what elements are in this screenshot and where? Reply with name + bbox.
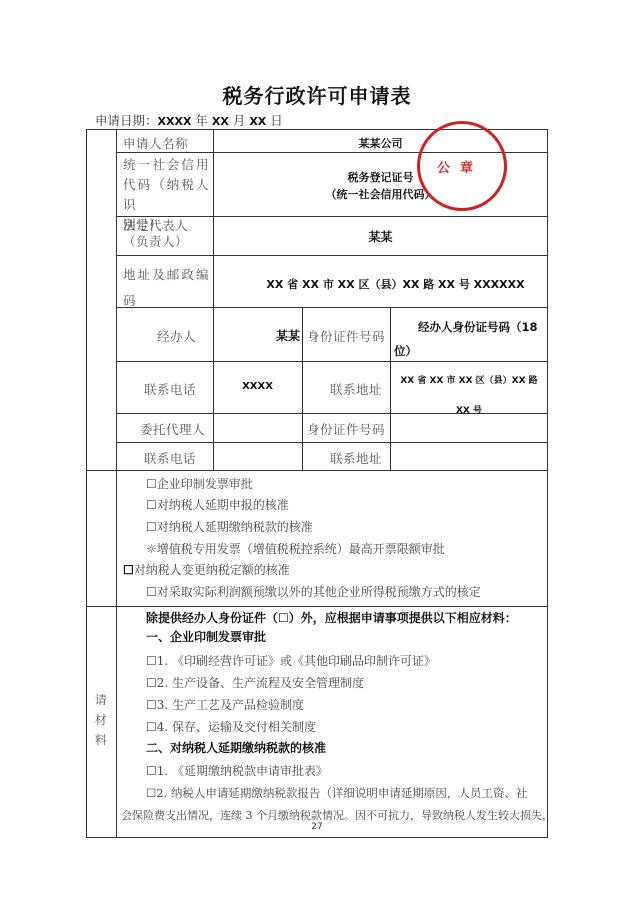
section1-item[interactable]: ☐1. 《印刷经营许可证》或《其他印刷品印制许可证》 xyxy=(146,652,436,669)
section1-item[interactable]: ☐4. 保存、运输及交付相关制度 xyxy=(146,718,316,735)
item-label: 企业印制发票审批 xyxy=(157,477,253,491)
date-year[interactable]: XXXX xyxy=(158,115,192,128)
checkbox-icon[interactable]: ☐ xyxy=(146,498,157,512)
materials-intro: 除提供经办人身份证件（☐）外，应根据申请事项提供以下相应材料： xyxy=(146,609,517,626)
divider xyxy=(86,470,548,471)
sun-icon[interactable]: ☼ xyxy=(146,542,157,556)
checkbox-icon[interactable]: ☐ xyxy=(146,477,157,491)
handler-id-value-line: 位） xyxy=(394,339,548,363)
side-label-char: 料 xyxy=(86,730,116,750)
section1-item[interactable]: ☐3. 生产工艺及产品检验制度 xyxy=(146,696,304,713)
handler-phone-value[interactable]: XXXX xyxy=(213,381,302,392)
item-label: 对纳税人延期申报的核准 xyxy=(157,498,289,512)
materials-side-label: 请 材 料 xyxy=(86,690,116,750)
checkbox-icon[interactable]: ☐ xyxy=(123,563,134,577)
agent-phone-label: 联系电话 xyxy=(116,449,196,467)
divider xyxy=(116,129,117,838)
agent-id-value[interactable] xyxy=(390,413,548,442)
year-unit: 年 xyxy=(191,113,211,128)
agent-label: 委托代理人 xyxy=(116,420,205,438)
item-label: 对纳税人变更纳税定额的核准 xyxy=(134,563,290,577)
handler-label: 经办人 xyxy=(116,327,196,345)
agent-phone-value[interactable] xyxy=(213,442,302,470)
section2-title: 二、对纳税人延期缴纳税款的核准 xyxy=(146,739,326,756)
credit-code-label-line: 代码（纳税人识 xyxy=(123,175,209,215)
item-label: 对纳税人延期缴纳税款的核准 xyxy=(157,520,313,534)
date-label: 申请日期： xyxy=(95,113,158,128)
application-date: 申请日期：XXXX 年 XX 月 XX 日 xyxy=(95,111,283,129)
legal-rep-label-line: 法定代表人 xyxy=(123,218,188,234)
divider xyxy=(116,255,548,256)
date-month[interactable]: XX xyxy=(212,115,229,128)
handler-id-value-line: 经办人身份证号码（18 xyxy=(394,315,548,339)
official-seal-text: 公章 xyxy=(437,157,483,176)
agent-id-label: 身份证件号码 xyxy=(302,420,390,438)
agent-address-value[interactable] xyxy=(390,442,548,470)
legal-rep-label-line: （负责人） xyxy=(123,234,188,250)
item-checkbox[interactable]: ☐对纳税人延期申报的核准 xyxy=(146,496,289,513)
agent-value[interactable] xyxy=(213,413,302,442)
section2-item[interactable]: ☐2. 纳税人申请延期缴纳税款报告（详细说明申请延期原因，人员工资、社 xyxy=(146,785,527,801)
side-label-char: 请 xyxy=(86,690,116,710)
applicant-name-label: 申请人名称 xyxy=(123,134,188,152)
address-value[interactable]: XX 省 XX 市 XX 区（县）XX 路 XX 号 XXXXXX xyxy=(213,276,578,292)
item-checkbox[interactable]: ☐对纳税人延期缴纳税款的核准 xyxy=(146,518,313,535)
section1-item[interactable]: ☐2. 生产设备、生产流程及安全管理制度 xyxy=(146,674,364,691)
item-checkbox[interactable]: ☐对纳税人变更纳税定额的核准 xyxy=(123,561,290,578)
handler-id-value[interactable]: 经办人身份证号码（18 位） xyxy=(394,315,548,363)
month-unit: 月 xyxy=(229,113,249,128)
address-label-line: 地址及邮政编 xyxy=(123,262,209,288)
item-checkbox[interactable]: ☼增值税专用发票（增值税税控系统）最高开票限额审批 xyxy=(146,540,445,557)
side-label-char: 材 xyxy=(86,710,116,730)
credit-code-label-line: 统一社会信用 xyxy=(123,155,209,175)
date-day[interactable]: XX xyxy=(249,115,266,128)
handler-phone-label: 联系电话 xyxy=(116,380,196,398)
section1-title: 一、企业印制发票审批 xyxy=(146,628,266,645)
agent-address-label: 联系地址 xyxy=(302,449,382,467)
legal-rep-label: 法定代表人 （负责人） xyxy=(123,218,188,250)
divider xyxy=(86,606,548,607)
checkbox-icon[interactable]: ☐ xyxy=(146,585,157,599)
handler-value[interactable]: 某某 xyxy=(213,327,302,344)
handler-address-value-line: XX 省 XX 市 XX 区（县）XX 路 xyxy=(390,366,548,396)
legal-rep-value[interactable]: 某某 xyxy=(213,228,548,245)
address-label: 地址及邮政编 码 xyxy=(123,262,209,314)
item-checkbox[interactable]: ☐企业印制发票审批 xyxy=(146,475,253,492)
checkbox-icon[interactable]: ☐ xyxy=(146,520,157,534)
page-title: 税务行政许可申请表 xyxy=(0,80,634,109)
address-label-line: 码 xyxy=(123,288,209,314)
handler-address-label: 联系地址 xyxy=(302,380,382,398)
day-unit: 日 xyxy=(266,113,282,128)
item-checkbox[interactable]: ☐对采取实际利润额预缴以外的其他企业所得税预缴方式的核定 xyxy=(146,583,481,600)
item-label: 增值税专用发票（增值税税控系统）最高开票限额审批 xyxy=(157,542,445,556)
item-label: 对采取实际利润额预缴以外的其他企业所得税预缴方式的核定 xyxy=(157,585,481,599)
page-number: 27 xyxy=(0,822,634,832)
section2-item-continued: 会保险费支出情况，连续 3 个月缴纳税款情况。因不可抗力，导致纳税人发生较大损失… xyxy=(121,807,553,823)
handler-id-label: 身份证件号码 xyxy=(302,327,390,345)
section2-item[interactable]: ☐1. 《延期缴纳税款申请审批表》 xyxy=(146,762,328,779)
